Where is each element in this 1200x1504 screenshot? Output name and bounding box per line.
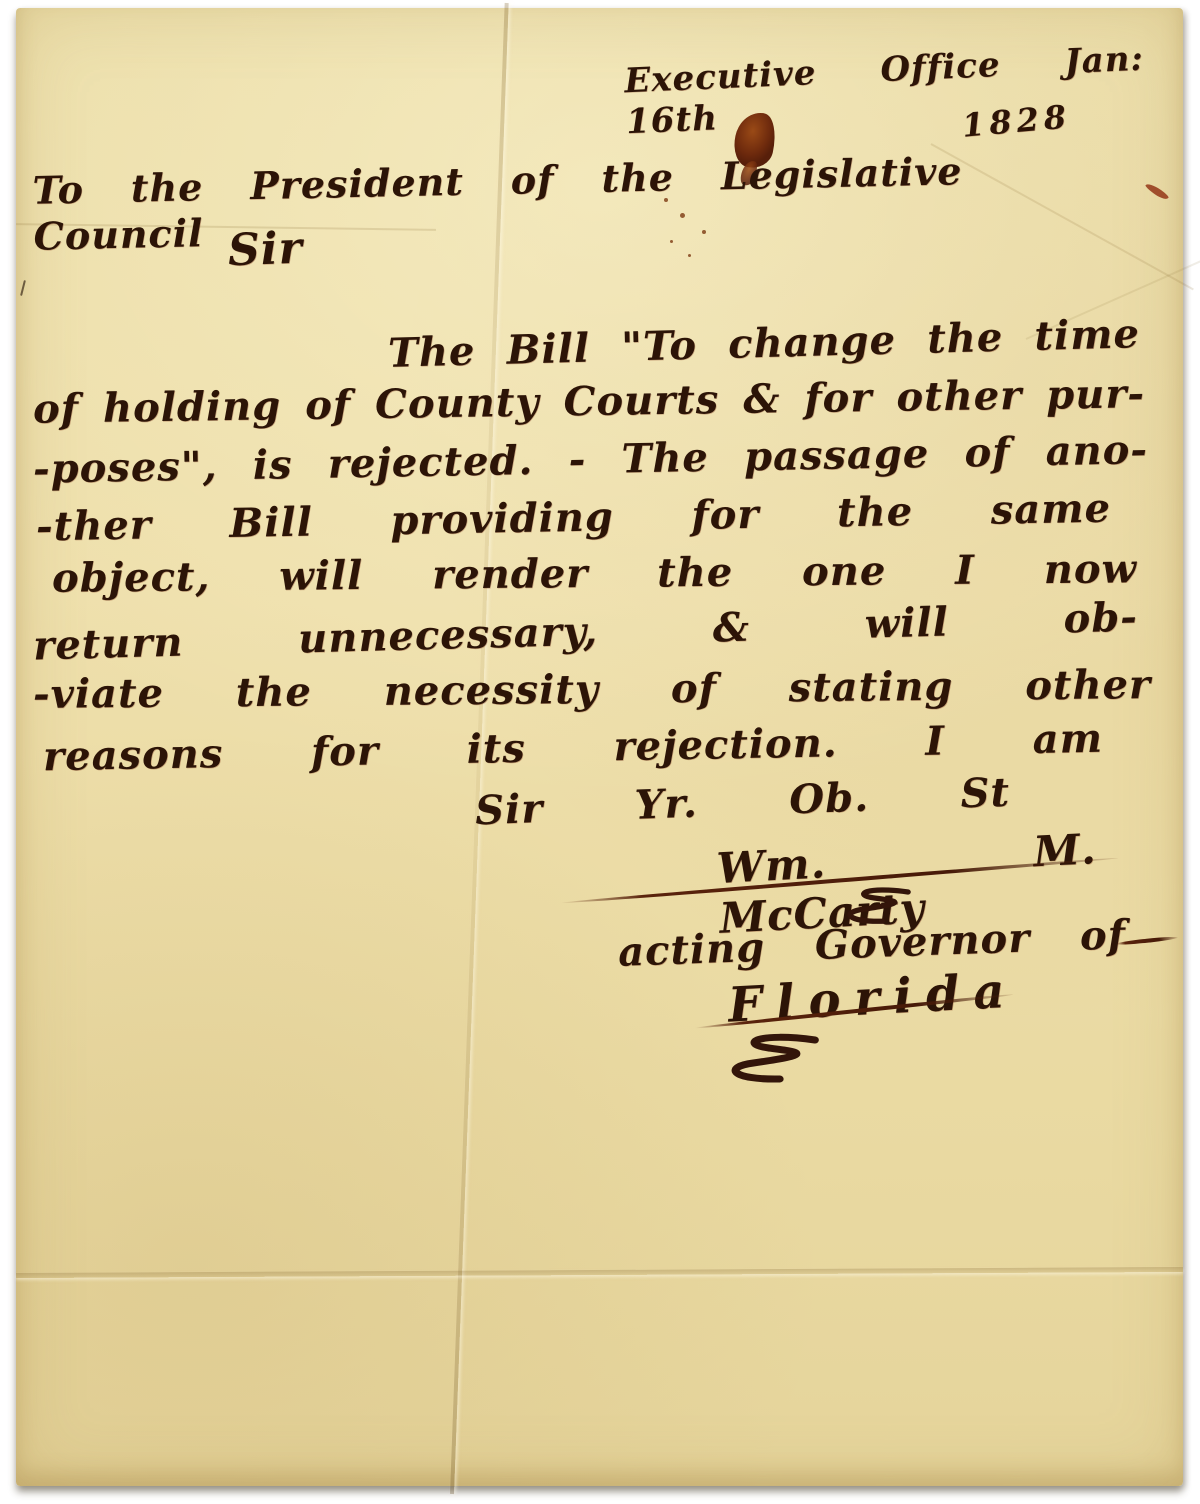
letter-addressee: To the President of the Legislative Coun…: [32, 148, 964, 259]
letter-paper: Executive Office Jan: 16th 1828 To the P…: [16, 8, 1183, 1486]
letter-valediction: Sir Yr. Ob. St: [474, 769, 1010, 836]
signer-title: acting Governor of: [617, 911, 1126, 977]
body-line-2: of holding of County Courts & for other …: [33, 370, 1146, 434]
ink-speckle: [688, 254, 691, 257]
horizontal-bottom-fold-line: [16, 1267, 1183, 1278]
region-squiggle-flourish: [716, 1032, 826, 1092]
body-line-7: -viate the necessity of stating other: [33, 661, 1151, 719]
edge-pen-tick: [20, 280, 26, 296]
body-line-3: -poses", is rejected. - The passage of a…: [33, 426, 1149, 493]
letter-salutation: Sir: [227, 223, 303, 278]
top-right-crease-line: [931, 143, 1194, 290]
scanned-letter-page: Executive Office Jan: 16th 1828 To the P…: [0, 0, 1200, 1504]
body-line-6: return unnecessary, & will ob-: [33, 594, 1139, 671]
letter-dateline-year: 1828: [961, 97, 1073, 145]
red-ink-mark: [1144, 181, 1169, 202]
body-line-4: -ther Bill providing for the same: [36, 485, 1112, 552]
body-line-1: The Bill "To change the time: [388, 310, 1141, 378]
body-line-5: object, will render the one I now: [52, 545, 1137, 602]
